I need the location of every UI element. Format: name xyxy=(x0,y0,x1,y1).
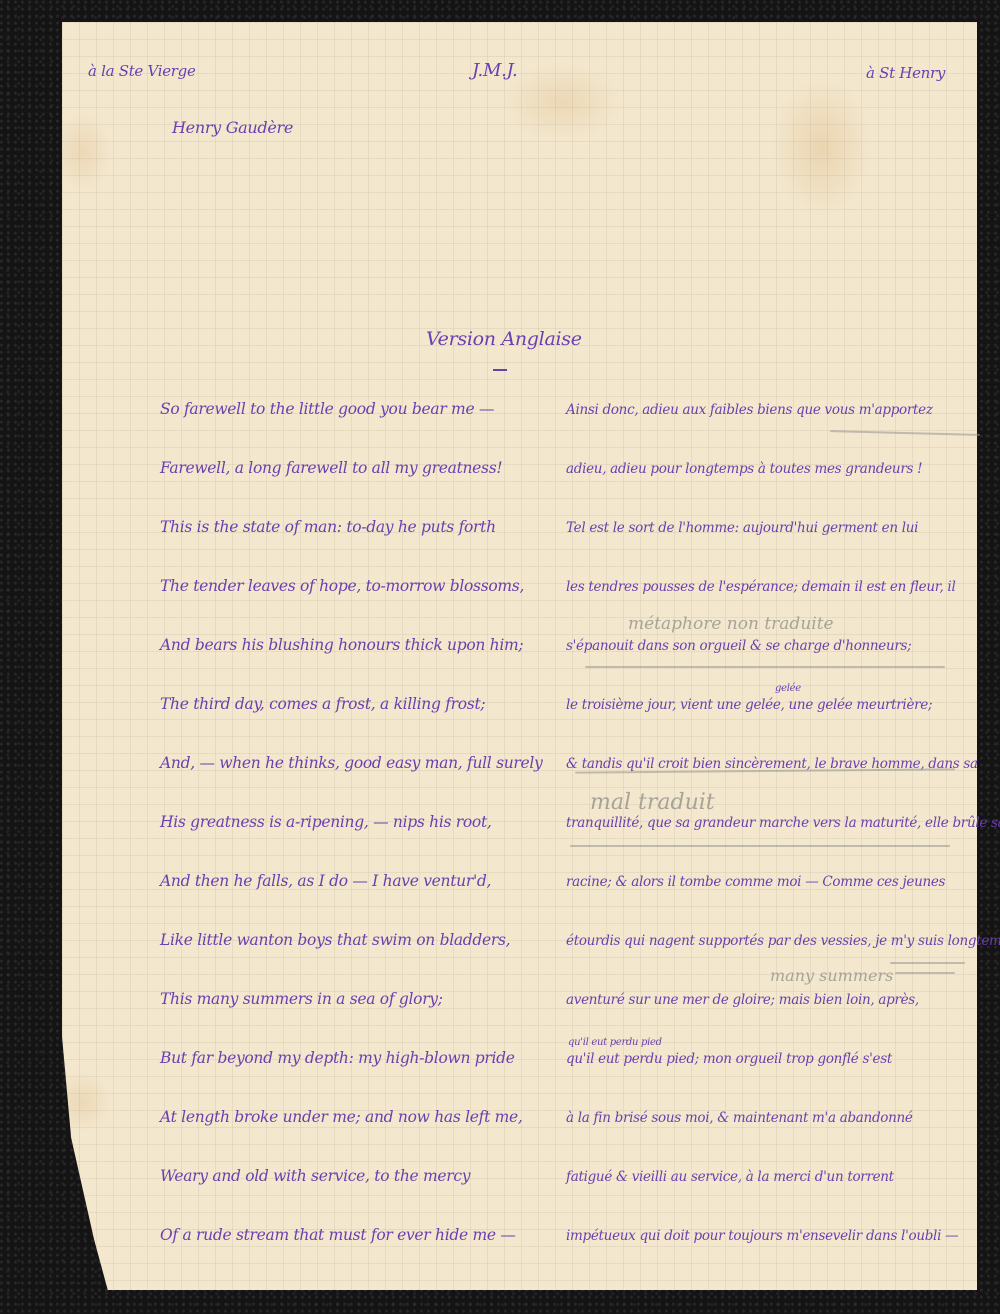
english-line: And bears his blushing honours thick upo… xyxy=(160,636,523,654)
english-line: This many summers in a sea of glory; xyxy=(160,990,443,1008)
french-line: aventuré sur une mer de gloire; mais bie… xyxy=(566,992,919,1008)
french-line: Ainsi donc, adieu aux faibles biens que … xyxy=(566,402,933,418)
manuscript-page xyxy=(62,22,977,1290)
english-line: So farewell to the little good you bear … xyxy=(160,400,494,418)
pencil-underline xyxy=(895,972,955,974)
pencil-underline xyxy=(585,666,945,668)
english-line: His greatness is a-ripening, — nips his … xyxy=(160,813,492,831)
english-line: And, — when he thinks, good easy man, fu… xyxy=(160,754,543,772)
pencil-underline xyxy=(890,962,965,964)
english-line: Like little wanton boys that swim on bla… xyxy=(160,931,510,949)
pencil-annotation: métaphore non traduite xyxy=(628,614,834,634)
header-right-dedication: à St Henry xyxy=(866,64,945,82)
french-line: Tel est le sort de l'homme: aujourd'hui … xyxy=(566,520,918,536)
french-line: impétueux qui doit pour toujours m'ensev… xyxy=(566,1228,958,1244)
french-line: étourdis qui nagent supportés par des ve… xyxy=(566,933,1000,949)
english-line: The third day, comes a frost, a killing … xyxy=(160,695,485,713)
author-name: Henry Gaudère xyxy=(172,118,293,137)
english-line: At length broke under me; and now has le… xyxy=(160,1108,523,1126)
french-line: s'épanouit dans son orgueil & se charge … xyxy=(566,638,911,654)
english-line: Of a rude stream that must for ever hide… xyxy=(160,1226,516,1244)
header-center-monogram: J.M.J. xyxy=(472,60,517,81)
french-line: fatigué & vieilli au service, à la merci… xyxy=(566,1169,894,1185)
correction-insertion: gelée xyxy=(775,683,801,694)
french-line: tranquillité, que sa grandeur marche ver… xyxy=(566,815,1000,831)
english-line: But far beyond my depth: my high-blown p… xyxy=(160,1049,515,1067)
page-title: Version Anglaise xyxy=(426,328,582,350)
english-line: This is the state of man: to-day he puts… xyxy=(160,518,496,536)
title-rule xyxy=(493,369,507,371)
french-line: racine; & alors il tombe comme moi — Com… xyxy=(566,874,945,890)
english-line: Farewell, a long farewell to all my grea… xyxy=(160,459,502,477)
english-line: Weary and old with service, to the mercy xyxy=(160,1167,470,1185)
pencil-annotation: mal traduit xyxy=(590,790,715,815)
pencil-underline xyxy=(570,845,950,847)
french-line: adieu, adieu pour longtemps à toutes mes… xyxy=(566,461,922,477)
english-line: The tender leaves of hope, to-morrow blo… xyxy=(160,577,524,595)
french-line: qu'il eut perdu pied; mon orgueil trop g… xyxy=(566,1051,892,1067)
french-line: le troisième jour, vient une gelée, une … xyxy=(566,697,932,713)
english-line: And then he falls, as I do — I have vent… xyxy=(160,872,491,890)
french-line: à la fin brisé sous moi, & maintenant m'… xyxy=(566,1110,913,1126)
header-left-dedication: à la Ste Vierge xyxy=(88,62,196,80)
correction-insertion: qu'il eut perdu pied xyxy=(568,1037,662,1048)
pencil-annotation: many summers xyxy=(770,966,893,985)
french-line: les tendres pousses de l'espérance; dema… xyxy=(566,579,955,595)
